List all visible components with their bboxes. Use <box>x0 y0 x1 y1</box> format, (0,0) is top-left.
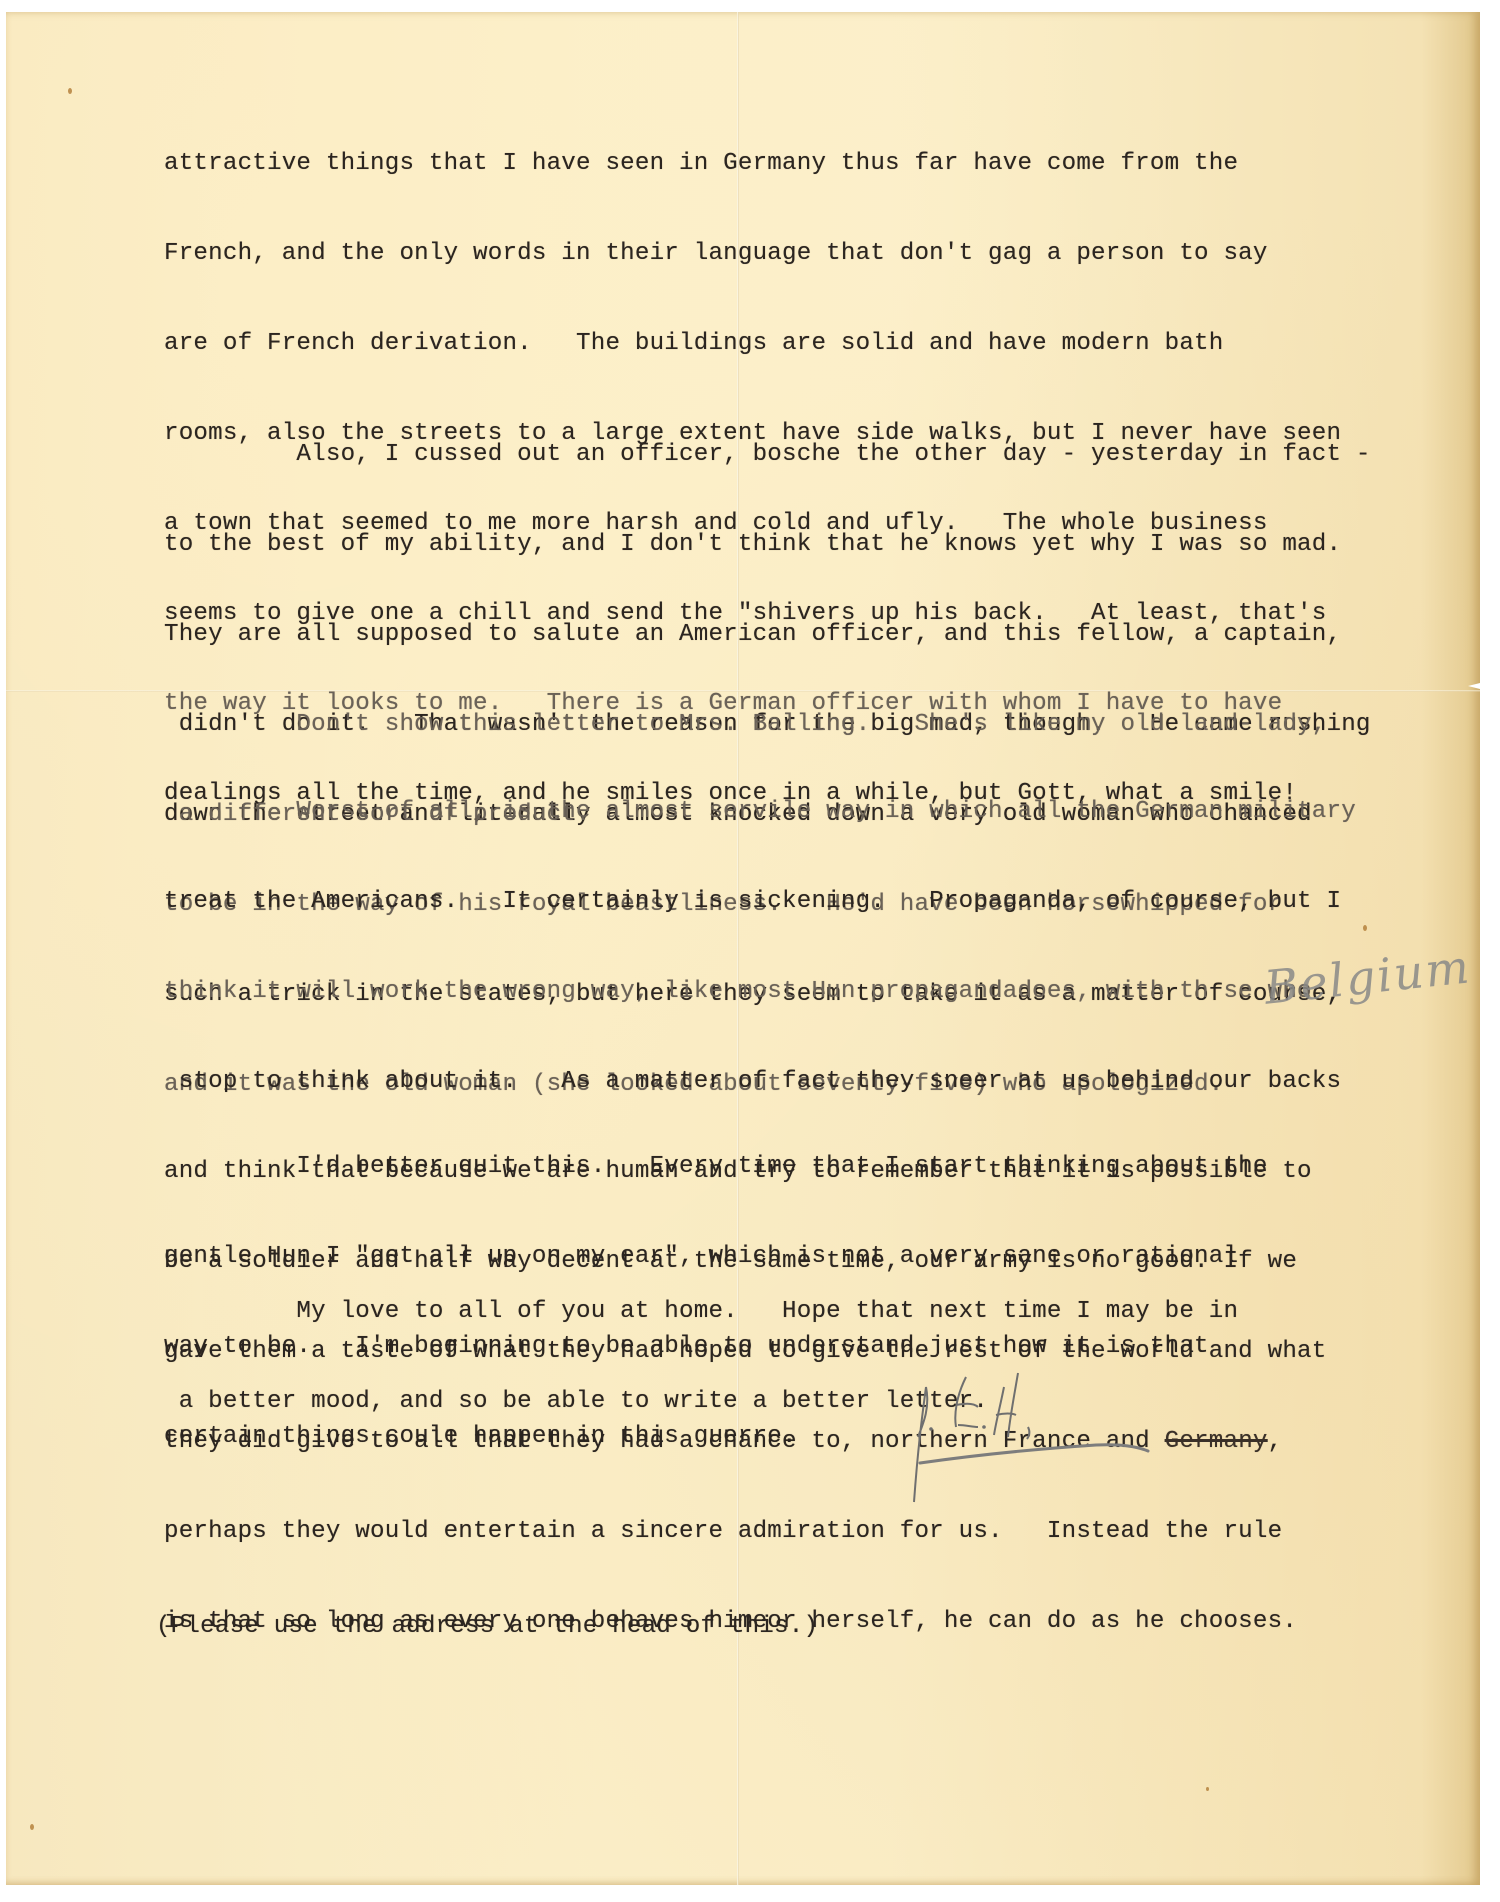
text-line: Worst of all, is the almost servile way … <box>164 797 1356 827</box>
text-line: They are all supposed to salute an Ameri… <box>164 620 1371 650</box>
signature-initials-icon <box>896 1367 1156 1507</box>
postscript-text: (Please use the address at the head of t… <box>156 1612 818 1642</box>
paper-stain <box>30 1824 34 1830</box>
paper-stain <box>1206 1787 1209 1791</box>
text-line: French, and the only words in their lang… <box>164 239 1341 269</box>
text-line: treat the Americans. It certainly is sic… <box>164 887 1356 917</box>
text-line: to the best of my ability, and I don't t… <box>164 530 1371 560</box>
text-line: attractive things that I have seen in Ge… <box>164 149 1341 179</box>
text-line: Also, I cussed out an officer, bosche th… <box>164 440 1371 470</box>
text-line: Don't show this letter to Mrs. Balling. … <box>164 710 1326 740</box>
letter-page: attractive things that I have seen in Ge… <box>6 12 1480 1885</box>
text-line: perhaps they would entertain a sincere a… <box>164 1517 1356 1547</box>
postscript: (Please use the address at the head of t… <box>156 1552 818 1702</box>
text-line: think it will work the wrong way, like m… <box>164 977 1356 1007</box>
text-segment: , <box>1268 1428 1283 1455</box>
text-line: I'd better quit this. Every time that I … <box>164 1152 1268 1182</box>
text-line: My love to all of you at home. Hope that… <box>164 1297 1238 1327</box>
text-line: are of French derivation. The buildings … <box>164 329 1341 359</box>
paper-stain <box>68 88 72 94</box>
edge-tear <box>1468 682 1484 690</box>
